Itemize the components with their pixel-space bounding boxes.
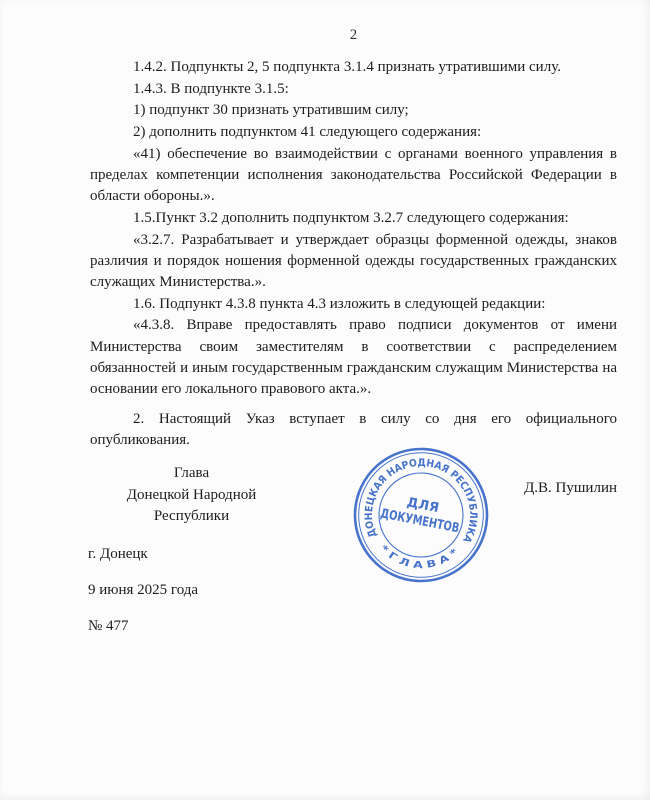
stamp-seal: ДОНЕЦКАЯ НАРОДНАЯ РЕСПУБЛИКА * Г Л А В А…: [351, 445, 491, 585]
body-paragraph: 1) подпункт 30 признать утратившим силу;: [90, 100, 617, 121]
body-paragraph: «41) обеспечение во взаимодействии с орг…: [90, 144, 617, 208]
body-paragraph: 1.6. Подпункт 4.3.8 пункта 4.3 изложить …: [90, 294, 617, 315]
signature-title: Глава: [88, 463, 295, 485]
footer-document-number: № 477: [88, 618, 129, 635]
body-paragraph: 1.5.Пункт 3.2 дополнить подпунктом 3.2.7…: [90, 208, 617, 229]
body-paragraph: «4.3.8. Вправе предоставлять право подпи…: [90, 315, 617, 400]
document-page: 2 1.4.2. Подпункты 2, 5 подпункта 3.1.4 …: [0, 0, 650, 800]
footer-date: 9 июня 2025 года: [88, 582, 198, 599]
page-number: 2: [90, 27, 617, 44]
signature-org: Донецкой Народной Республики: [88, 485, 295, 528]
body-paragraph: 1.4.2. Подпункты 2, 5 подпункта 3.1.4 пр…: [90, 57, 617, 78]
body-content: 1.4.2. Подпункты 2, 5 подпункта 3.1.4 пр…: [90, 57, 617, 452]
body-paragraph: «3.2.7. Разрабатывает и утверждает образ…: [90, 230, 617, 294]
signature-title-block: Глава Донецкой Народной Республики: [88, 463, 295, 528]
footer-city: г. Донецк: [88, 546, 148, 563]
body-paragraph: 2) дополнить подпунктом 41 следующего со…: [90, 122, 617, 143]
signatory-name: Д.В. Пушилин: [524, 478, 617, 500]
body-paragraph: 1.4.3. В подпункте 3.1.5:: [90, 79, 617, 100]
